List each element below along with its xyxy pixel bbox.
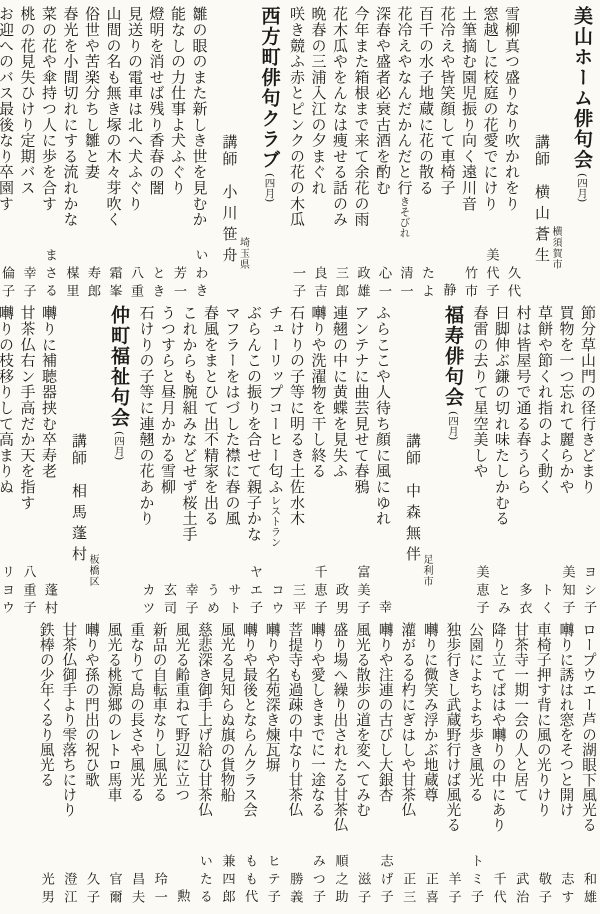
haiku-column: 雛の眼のまた新しき世を見むかいわき <box>185 6 207 304</box>
haiku-author: 兼四郎 <box>211 854 234 910</box>
haiku-text-main: 雪柳真つ盛りなり吹かれをり <box>503 6 521 211</box>
haiku-text: 土筆摘む園児振り向く遠川音 <box>455 6 477 211</box>
haiku-text: 甘茶仏右ン手高だか天を指す <box>13 305 35 510</box>
haiku-text-main: 今年また箱根まで来て余花の雨 <box>353 6 371 227</box>
haiku-author: 八重子 <box>13 565 35 621</box>
haiku-column: 鉄棒の少年くるり風光る光男 <box>30 622 53 910</box>
section-city-column: 足利市 <box>421 305 434 621</box>
haiku-text: 風光る見知らぬ旗の貨物船 <box>211 622 234 802</box>
haiku-text: チューリップコーヒー匂ふレストラン <box>261 305 283 547</box>
haiku-text-main: 囀りに微笑み浮かぶ地蔵尊 <box>422 622 439 802</box>
haiku-author: 静 <box>433 283 455 304</box>
haiku-text: 連翹の中に黄蝶を見失ふ <box>326 305 348 479</box>
haiku-text-main: マフラーをはづした襟に春の風 <box>224 305 242 526</box>
haiku-band: 節分草山門の径行きどまりヨシ子買物を一つ忘れて麗らかや美知子草餅や節くれ指のよく… <box>5 305 595 621</box>
haiku-column: 車椅子押す背に風の光りけり敬子 <box>527 622 550 910</box>
haiku-column: 石けりの子等に明るき土佐水木三平 <box>283 305 305 621</box>
haiku-author: 多衣 <box>509 583 531 621</box>
haiku-column: 囀りに補聴器挟む卒寿老蓬村 <box>35 305 57 621</box>
haiku-text-main: 灌がるる杓にぎはしや甘茶仏 <box>399 622 416 817</box>
haiku-text: 慈悲深き御手上げ給ひ甘茶仏 <box>188 622 211 817</box>
haiku-column: 重なりて島の長さや風光る昌夫 <box>121 622 144 910</box>
haiku-text: 囀りに誘はれ窓をそつと開け <box>550 622 573 817</box>
haiku-text-main: ぶらんこの振りを合せて親子かな <box>245 305 263 542</box>
haiku-author: 八重 <box>121 266 143 304</box>
haiku-text: 盛り場へ繰り出されたる甘茶仏 <box>324 622 347 832</box>
haiku-text-main: 石けりの子等に明るき土佐水木 <box>288 305 306 526</box>
haiku-author: 倫子 <box>0 266 13 304</box>
haiku-text: アンテナに曲芸見せて春鴉 <box>347 305 369 495</box>
haiku-column: ぶらんこの振りを合せて親子かなヤエ子 <box>240 305 262 621</box>
haiku-column: 甘茶仏御手より雫落ちにけり澄江 <box>53 622 76 910</box>
haiku-text: 見送りの電車は北へ犬ふぐり <box>121 6 143 211</box>
haiku-text-main: 雛の眼のまた新しき世を見むか <box>191 6 209 227</box>
haiku-text-main: 新品の自転車なりし風光る <box>151 622 168 802</box>
haiku-text: 日脚伸ぶ鎌の切れ味たしかむる <box>488 305 510 526</box>
haiku-author: 昌夫 <box>121 872 144 910</box>
haiku-author: 官爾 <box>98 872 121 910</box>
haiku-author: いわき <box>185 248 207 304</box>
haiku-text: 咲き競ふ赤とピンクの花の木瓜 <box>283 6 305 227</box>
section-month-label: (四月) <box>113 431 125 460</box>
haiku-text: 花冷えや皆笑顔して車椅子 <box>433 6 455 196</box>
haiku-author: 三平 <box>283 583 305 621</box>
haiku-text: 晩春の三浦入江の夕まぐれ <box>304 6 326 196</box>
haiku-author: うめ <box>197 583 219 621</box>
haiku-author: 美代子 <box>476 248 498 304</box>
section-title: 福寿俳句会 <box>442 305 464 408</box>
haiku-text: 甘茶仏御手より雫落ちにけり <box>53 622 76 817</box>
haiku-text-main: 独歩行きし武蔵野行けば風光る <box>444 622 461 832</box>
haiku-author: 澄江 <box>53 872 76 910</box>
haiku-text-main: 草餅や節くれ指のよく動く <box>536 305 554 495</box>
section-header: 美山ホーム俳句会(四月)横須賀市講師横山蒼生 <box>523 6 591 304</box>
haiku-column: これからも腕組みなどせず桜土手幸子 <box>175 305 197 621</box>
section-month-label: (四月) <box>576 173 588 202</box>
haiku-text-main: 桃の花見失ひけり定期バス <box>19 6 37 196</box>
haiku-text-main: 風光る桃源郷のレトロ馬車 <box>106 622 123 802</box>
haiku-author: 順之助 <box>324 854 347 910</box>
haiku-column: 燈明を消せば残り香春の闇とき <box>142 6 164 304</box>
haiku-text-small: レストラン <box>270 495 282 548</box>
haiku-author: リヨウ <box>0 565 13 621</box>
haiku-author: 幸 <box>369 600 391 621</box>
haiku-text-main: 春雷の去りて星空美しや <box>472 305 490 479</box>
haiku-text: 花木瓜やをんなは痩せる話のみ <box>326 6 348 227</box>
haiku-author: 芳一 <box>164 266 186 304</box>
haiku-column: 日脚伸ぶ鎌の切れ味たしかむるとみ <box>488 305 510 621</box>
section-city-column: 横須賀市 <box>550 6 563 304</box>
city-label: 埼玉県 <box>238 237 251 270</box>
haiku-author: 勲 <box>166 889 189 910</box>
haiku-column: 囀りに誘はれ窓をそつと開け志す <box>550 622 573 910</box>
haiku-column: 風光る桃源郷のレトロ馬車官爾 <box>98 622 121 910</box>
haiku-column: 風光る見知らぬ旗の貨物船兼四郎 <box>211 622 234 910</box>
haiku-author: いたる <box>188 854 211 910</box>
haiku-column: 囀りや最後とならんクラス会もも代 <box>234 622 257 910</box>
haiku-author: 滋子 <box>346 872 369 910</box>
haiku-column: 春光を小間切れにする流れかな楳里 <box>56 6 78 304</box>
haiku-text-main: 囀りや最後とならんクラス会 <box>241 622 258 817</box>
haiku-text-main: 公園によちよち歩き風光る <box>467 622 484 802</box>
haiku-text: ふらここや人待ち顔に風にゆれ <box>369 305 391 526</box>
haiku-author: 富美子 <box>347 565 369 621</box>
haiku-text: 鉄棒の少年くるり風光る <box>30 622 53 787</box>
lecturer-label: 講師 <box>533 134 551 168</box>
haiku-text-main: 重なりて島の長さや風光る <box>128 622 145 802</box>
section-title-column: 美山ホーム俳句会(四月) <box>563 6 591 304</box>
haiku-author: 政男 <box>326 583 348 621</box>
haiku-band: ロープウエー芦の湖眼下風光る和雄囀りに誘はれ窓をそつと開け志す車椅子押す背に風の… <box>5 622 595 910</box>
haiku-author: 志す <box>550 872 573 910</box>
haiku-text: 能なしの力仕事よ犬ふぐり <box>164 6 186 196</box>
haiku-author: 清一 <box>390 266 412 304</box>
haiku-column: 深春や盛者必衰古酒を酌む心一 <box>369 6 391 304</box>
haiku-text: 独歩行きし武蔵野行けば風光る <box>437 622 460 832</box>
haiku-text-main: ロープウエー芦の湖眼下風光る <box>580 622 597 832</box>
haiku-text: 春光を小間切れにする流れかな <box>56 6 78 227</box>
haiku-text: 百千の水子地蔵に花の散る <box>412 6 434 196</box>
haiku-author: ヤエ子 <box>240 565 262 621</box>
haiku-text-main: 春風をまとひて出不精家を出る <box>202 305 220 526</box>
haiku-author: 久子 <box>75 872 98 910</box>
section-title-column: 仲町福祉句会(四月) <box>100 305 128 621</box>
lecturer-column: 講師中森無伴 <box>394 305 421 621</box>
haiku-text: 囀りや注連の古びし大銀杏 <box>369 622 392 802</box>
haiku-text: 雛の眼のまた新しき世を見むか <box>185 6 207 227</box>
haiku-text: 節分草山門の径行きどまり <box>574 305 596 495</box>
haiku-text-main: 風光る齢重ねて野辺に立つ <box>173 622 190 802</box>
haiku-column: 甘茶仏右ン手高だか天を指す八重子 <box>13 305 35 621</box>
haiku-text-main: 土筆摘む園児振り向く遠川音 <box>460 6 478 211</box>
haiku-text-main: 降り立てばはや囀りの中にあり <box>490 622 507 832</box>
lecturer-column: 講師小川笹舟 <box>211 6 238 304</box>
haiku-column: ロープウエー芦の湖眼下風光る和雄 <box>572 622 595 910</box>
haiku-text-main: 山間の名も無き塚の木々芽吹く <box>105 6 123 227</box>
haiku-text-main: 咲き競ふ赤とピンクの花の木瓜 <box>288 6 306 227</box>
haiku-author: 幸子 <box>13 266 35 304</box>
haiku-author: 千恵子 <box>304 565 326 621</box>
haiku-author: 玲一 <box>143 872 166 910</box>
haiku-text: 囀りや洗濯物を干し終る <box>304 305 326 479</box>
haiku-text: 囀りや名苑深き煉瓦塀 <box>256 622 279 772</box>
haiku-text: 降り立てばはや囀りの中にあり <box>482 622 505 832</box>
haiku-text-main: 囀りの枝移りして高まりぬ <box>0 305 15 495</box>
haiku-author: コウ <box>261 583 283 621</box>
haiku-text-main: 甘茶寺一期一会の人と居て <box>512 622 529 802</box>
lecturer-column: 講師相馬蓬村 <box>60 305 87 621</box>
haiku-text-main: 慈悲深き御手上げ給ひ甘茶仏 <box>196 622 213 817</box>
haiku-author: とき <box>142 266 164 304</box>
haiku-column: 俗世や苦楽分ちし雛と妻寿郎 <box>78 6 100 304</box>
haiku-author: 正三 <box>392 872 415 910</box>
haiku-text-main: 花冷えや皆笑顔して車椅子 <box>439 6 457 196</box>
haiku-column: アンテナに曲芸見せて春鴉富美子 <box>347 305 369 621</box>
haiku-author: ヨシ子 <box>574 565 596 621</box>
lecturer-label: 講師 <box>404 433 422 467</box>
haiku-text-main: うつすらと昼月かかる雪柳 <box>159 305 177 495</box>
haiku-column: 新品の自転車なりし風光る玲一 <box>143 622 166 910</box>
haiku-column: 囀りの枝移りして高まりぬリヨウ <box>0 305 13 621</box>
haiku-column: 公園によちよち歩き風光るトミ子 <box>459 622 482 910</box>
haiku-text: これからも腕組みなどせず桜土手 <box>175 305 197 542</box>
haiku-text: マフラーをはづした襟に春の風 <box>218 305 240 526</box>
section-title-column: 福寿俳句会(四月) <box>434 305 462 621</box>
city-label: 足利市 <box>421 554 434 587</box>
haiku-text-main: 甘茶仏右ン手高だか天を指す <box>19 305 37 510</box>
lecturer-name: 相馬蓬村 <box>70 483 88 567</box>
haiku-author: 美知子 <box>552 565 574 621</box>
haiku-author: みつ子 <box>301 854 324 910</box>
lecturer-name: 小川笹舟 <box>221 184 239 268</box>
haiku-author: カツ <box>132 583 154 621</box>
haiku-column: マフラーをはづした襟に春の風サト <box>218 305 240 621</box>
section-title: 西方町俳句クラブ <box>259 6 281 170</box>
haiku-author: 竹市 <box>455 266 477 304</box>
haiku-text-main: 囀りに補聴器挟む卒寿老 <box>40 305 58 479</box>
haiku-author: 美恵子 <box>466 565 488 621</box>
haiku-column: 雪柳真つ盛りなり吹かれをり久代 <box>498 6 520 304</box>
haiku-author: 幸子 <box>175 583 197 621</box>
haiku-text: 窓越しに校庭の花愛でにけり <box>476 6 498 211</box>
haiku-text-main: 連翹の中に黄蝶を見失ふ <box>331 305 349 479</box>
lecturer-label: 講師 <box>221 134 239 168</box>
haiku-column: 桃の花見失ひけり定期バス幸子 <box>13 6 35 304</box>
haiku-text: 花冷えやなんだかんだと行きそびれ <box>390 6 412 238</box>
haiku-column: 風光る齢重ねて野辺に立つ勲 <box>166 622 189 910</box>
haiku-text: 菜の花や傘持つ人に歩を合す <box>35 6 57 211</box>
haiku-text-main: 囀りや愛しきまでに一途なる <box>309 622 326 817</box>
haiku-text: 公園によちよち歩き風光る <box>459 622 482 802</box>
haiku-column: 灌がるる杓にぎはしや甘茶仏正三 <box>392 622 415 910</box>
haiku-author: 羊子 <box>437 872 460 910</box>
haiku-column: 山間の名も無き塚の木々芽吹く霜峯 <box>99 6 121 304</box>
haiku-text-main: アンテナに曲芸見せて春鴉 <box>353 305 371 495</box>
haiku-column: 土筆摘む園児振り向く遠川音竹市 <box>455 6 477 304</box>
haiku-author: 玄司 <box>154 583 176 621</box>
haiku-text: 俗世や苦楽分ちし雛と妻 <box>78 6 100 180</box>
haiku-text-main: 盛り場へ繰り出されたる甘茶仏 <box>331 622 348 832</box>
haiku-text-main: 日脚伸ぶ鎌の切れ味たしかむる <box>493 305 511 526</box>
haiku-column: 買物を一つ忘れて麗らかや美知子 <box>552 305 574 621</box>
haiku-text: 雪柳真つ盛りなり吹かれをり <box>498 6 520 211</box>
haiku-text-main: 窓越しに校庭の花愛でにけり <box>482 6 500 211</box>
haiku-column: 降り立てばはや囀りの中にあり千代 <box>482 622 505 910</box>
haiku-text-main: 囀りや洗濯物を干し終る <box>310 305 328 479</box>
haiku-text: 囀りや最後とならんクラス会 <box>234 622 257 817</box>
haiku-column: 節分草山門の径行きどまりヨシ子 <box>574 305 596 621</box>
haiku-text: 草餅や節くれ指のよく動く <box>531 305 553 495</box>
haiku-text-main: 俗世や苦楽分ちし雛と妻 <box>83 6 101 180</box>
haiku-column: 盛り場へ繰り出されたる甘茶仏順之助 <box>324 622 347 910</box>
haiku-text-main: 晩春の三浦入江の夕まぐれ <box>310 6 328 196</box>
haiku-text: 囀りや孫の門出の祝ひ歌 <box>75 622 98 787</box>
haiku-author: 志げ子 <box>369 854 392 910</box>
haiku-column: チューリップコーヒー匂ふレストランコウ <box>261 305 283 621</box>
section-header: 仲町福祉句会(四月)板橋区講師相馬蓬村 <box>60 305 128 621</box>
haiku-text: 菩提寺も過疎の中なり甘茶仏 <box>279 622 302 817</box>
haiku-author: 光男 <box>30 872 53 910</box>
haiku-author: 霜峯 <box>99 266 121 304</box>
haiku-author: 蓬村 <box>35 583 57 621</box>
haiku-text: 買物を一つ忘れて麗らかや <box>552 305 574 495</box>
haiku-author: 敬子 <box>527 872 550 910</box>
haiku-text-main: これからも腕組みなどせず桜土手 <box>181 305 199 542</box>
section-month-label: (四月) <box>447 411 459 440</box>
haiku-column: 花冷えや皆笑顔して車椅子静 <box>433 6 455 304</box>
haiku-author: 勝義 <box>279 872 302 910</box>
haiku-text: 桃の花見失ひけり定期バス <box>13 6 35 196</box>
haiku-author: 三郎 <box>326 266 348 304</box>
haiku-text: 風光る桃源郷のレトロ馬車 <box>98 622 121 802</box>
haiku-author: 正喜 <box>414 872 437 910</box>
haiku-column: 春風をまとひて出不精家を出るうめ <box>197 305 219 621</box>
haiku-text-main: 春光を小間切れにする流れかな <box>62 6 80 227</box>
haiku-column: 囀りや名苑深き煉瓦塀ヒテ子 <box>256 622 279 910</box>
haiku-text-main: 菩提寺も過疎の中なり甘茶仏 <box>286 622 303 817</box>
haiku-column: 独歩行きし武蔵野行けば風光る羊子 <box>437 622 460 910</box>
haiku-column: 菩提寺も過疎の中なり甘茶仏勝義 <box>279 622 302 910</box>
haiku-column: 囀りや愛しきまでに一途なるみつ子 <box>301 622 324 910</box>
haiku-text: ぶらんこの振りを合せて親子かな <box>240 305 262 542</box>
haiku-author: 久代 <box>498 266 520 304</box>
haiku-text: 重なりて島の長さや風光る <box>121 622 144 802</box>
haiku-author: ヒテ子 <box>256 854 279 910</box>
haiku-text-main: 囀りや名苑深き煉瓦塀 <box>264 622 281 772</box>
haiku-column: 囀りに微笑み浮かぶ地蔵尊正喜 <box>414 622 437 910</box>
haiku-column: 窓越しに校庭の花愛でにけり美代子 <box>476 6 498 304</box>
haiku-column: 咲き競ふ赤とピンクの花の木瓜一子 <box>283 6 305 304</box>
haiku-author: 一子 <box>283 266 305 304</box>
city-label: 横須賀市 <box>550 226 563 270</box>
haiku-author: 楳里 <box>56 266 78 304</box>
haiku-text-main: ふらここや人待ち顔に風にゆれ <box>374 305 392 526</box>
haiku-text-main: 深春や盛者必衰古酒を酌む <box>374 6 392 196</box>
haiku-text: 囀りに補聴器挟む卒寿老 <box>35 305 57 479</box>
haiku-text: 風光る散歩の道を変へてみむ <box>346 622 369 817</box>
haiku-text: 新品の自転車なりし風光る <box>143 622 166 802</box>
haiku-text: 燈明を消せば残り香春の闇 <box>142 6 164 196</box>
haiku-column: 今年また箱根まで来て余花の雨政雄 <box>347 6 369 304</box>
haiku-column: 囀りや洗濯物を干し終る千恵子 <box>304 305 326 621</box>
haiku-text-main: 花冷えやなんだかんだと行 <box>396 6 414 196</box>
haiku-band: 美山ホーム俳句会(四月)横須賀市講師横山蒼生雪柳真つ盛りなり吹かれをり久代窓越し… <box>5 6 595 304</box>
city-label: 板橋区 <box>87 554 100 587</box>
haiku-text: 山間の名も無き塚の木々芽吹く <box>99 6 121 227</box>
haiku-column: 慈悲深き御手上げ給ひ甘茶仏いたる <box>188 622 211 910</box>
haiku-text: うつすらと昼月かかる雪柳 <box>154 305 176 495</box>
haiku-text: お迎へのバス最後なり卒園す <box>0 6 13 211</box>
section-city-column: 板橋区 <box>87 305 100 621</box>
haiku-text: 今年また箱根まで来て余花の雨 <box>347 6 369 227</box>
haiku-column: 風光る散歩の道を変へてみむ滋子 <box>346 622 369 910</box>
haiku-column: 春雷の去りて星空美しや美恵子 <box>466 305 488 621</box>
haiku-column: ふらここや人待ち顔に風にゆれ幸 <box>369 305 391 621</box>
haiku-text: 囀りや愛しきまでに一途なる <box>301 622 324 817</box>
haiku-column: 晩春の三浦入江の夕まぐれ良吉 <box>304 6 326 304</box>
haiku-author: トく <box>531 583 553 621</box>
haiku-text: 春雷の去りて星空美しや <box>466 305 488 479</box>
haiku-author: とみ <box>488 583 510 621</box>
haiku-text-main: 囀りや孫の門出の祝ひ歌 <box>83 622 100 787</box>
haiku-author: まさる <box>35 248 57 304</box>
haiku-text: 囀りに微笑み浮かぶ地蔵尊 <box>414 622 437 802</box>
haiku-column: うつすらと昼月かかる雪柳玄司 <box>154 305 176 621</box>
section-month-label: (四月) <box>264 173 276 202</box>
haiku-text-main: 風光る散歩の道を変へてみむ <box>354 622 371 817</box>
section-title: 美山ホーム俳句会 <box>571 6 593 170</box>
haiku-column: 甘茶寺一期一会の人と居て武治 <box>505 622 528 910</box>
haiku-text: 甘茶寺一期一会の人と居て <box>505 622 528 802</box>
haiku-column: 囀りや孫の門出の祝ひ歌久子 <box>75 622 98 910</box>
haiku-text: 風光る齢重ねて野辺に立つ <box>166 622 189 802</box>
haiku-author: もも代 <box>234 854 257 910</box>
haiku-newsletter-page: 美山ホーム俳句会(四月)横須賀市講師横山蒼生雪柳真つ盛りなり吹かれをり久代窓越し… <box>0 0 600 914</box>
haiku-text-main: 甘茶仏御手より雫落ちにけり <box>60 622 77 817</box>
section-title-column: 西方町俳句クラブ(四月) <box>251 6 279 304</box>
lecturer-name: 中森無伴 <box>404 483 422 567</box>
haiku-text-main: お迎へのバス最後なり卒園す <box>0 6 15 211</box>
haiku-author: 良吉 <box>304 266 326 304</box>
haiku-text: 囀りの枝移りして高まりぬ <box>0 305 13 495</box>
haiku-column: 菜の花や傘持つ人に歩を合すまさる <box>35 6 57 304</box>
haiku-text-main: 鉄棒の少年くるり風光る <box>38 622 55 787</box>
section-title: 仲町福祉句会 <box>108 305 130 428</box>
haiku-author: 寿郎 <box>78 266 100 304</box>
haiku-column: 草餅や節くれ指のよく動くトく <box>531 305 553 621</box>
haiku-text-main: 車椅子押す背に風の光りけり <box>535 622 552 817</box>
section-city-column: 埼玉県 <box>238 6 251 304</box>
haiku-author: 武治 <box>505 872 528 910</box>
haiku-text-small: きそびれ <box>399 196 411 238</box>
haiku-column: 見送りの電車は北へ犬ふぐり八重 <box>121 6 143 304</box>
haiku-author: 千代 <box>482 872 505 910</box>
haiku-text-main: 村は皆屋号で通る春うらら <box>515 305 533 495</box>
haiku-author: 心一 <box>369 266 391 304</box>
haiku-text-main: 石けりの子等に連翹の花あかり <box>138 305 156 526</box>
haiku-text: 石けりの子等に明るき土佐水木 <box>283 305 305 526</box>
haiku-column: 花木瓜やをんなは痩せる話のみ三郎 <box>326 6 348 304</box>
haiku-text-main: 能なしの力仕事よ犬ふぐり <box>169 6 187 196</box>
haiku-column: 囀りや注連の古びし大銀杏志げ子 <box>369 622 392 910</box>
haiku-text-main: 見送りの電車は北へ犬ふぐり <box>126 6 144 211</box>
haiku-column: 百千の水子地蔵に花の散るたよ <box>412 6 434 304</box>
lecturer-label: 講師 <box>70 433 88 467</box>
haiku-text-main: 風光る見知らぬ旗の貨物船 <box>219 622 236 802</box>
haiku-text-main: 菜の花や傘持つ人に歩を合す <box>40 6 58 211</box>
haiku-text-main: 買物を一つ忘れて麗らかや <box>558 305 576 495</box>
haiku-text-main: 囀りに誘はれ窓をそつと開け <box>557 622 574 817</box>
haiku-text-main: 節分草山門の径行きどまり <box>579 305 597 495</box>
haiku-column: 花冷えやなんだかんだと行きそびれ清一 <box>390 6 412 304</box>
haiku-text: 灌がるる杓にぎはしや甘茶仏 <box>392 622 415 817</box>
lecturer-name: 横山蒼生 <box>533 184 551 268</box>
haiku-column: 連翹の中に黄蝶を見失ふ政男 <box>326 305 348 621</box>
haiku-author: トミ子 <box>459 854 482 910</box>
haiku-author: 政雄 <box>347 266 369 304</box>
lecturer-column: 講師横山蒼生 <box>523 6 550 304</box>
haiku-author: サト <box>218 583 240 621</box>
haiku-author: 和雄 <box>572 872 595 910</box>
haiku-author: たよ <box>412 266 434 304</box>
section-header: 福寿俳句会(四月)足利市講師中森無伴 <box>394 305 462 621</box>
haiku-text-main: 囀りや注連の古びし大銀杏 <box>377 622 394 802</box>
haiku-text-main: 燈明を消せば残り香春の闇 <box>148 6 166 196</box>
haiku-text-main: 百千の水子地蔵に花の散る <box>417 6 435 196</box>
haiku-text-main: チューリップコーヒー匂ふ <box>267 305 285 495</box>
haiku-text: 深春や盛者必衰古酒を酌む <box>369 6 391 196</box>
haiku-column: お迎へのバス最後なり卒園す倫子 <box>0 6 13 304</box>
